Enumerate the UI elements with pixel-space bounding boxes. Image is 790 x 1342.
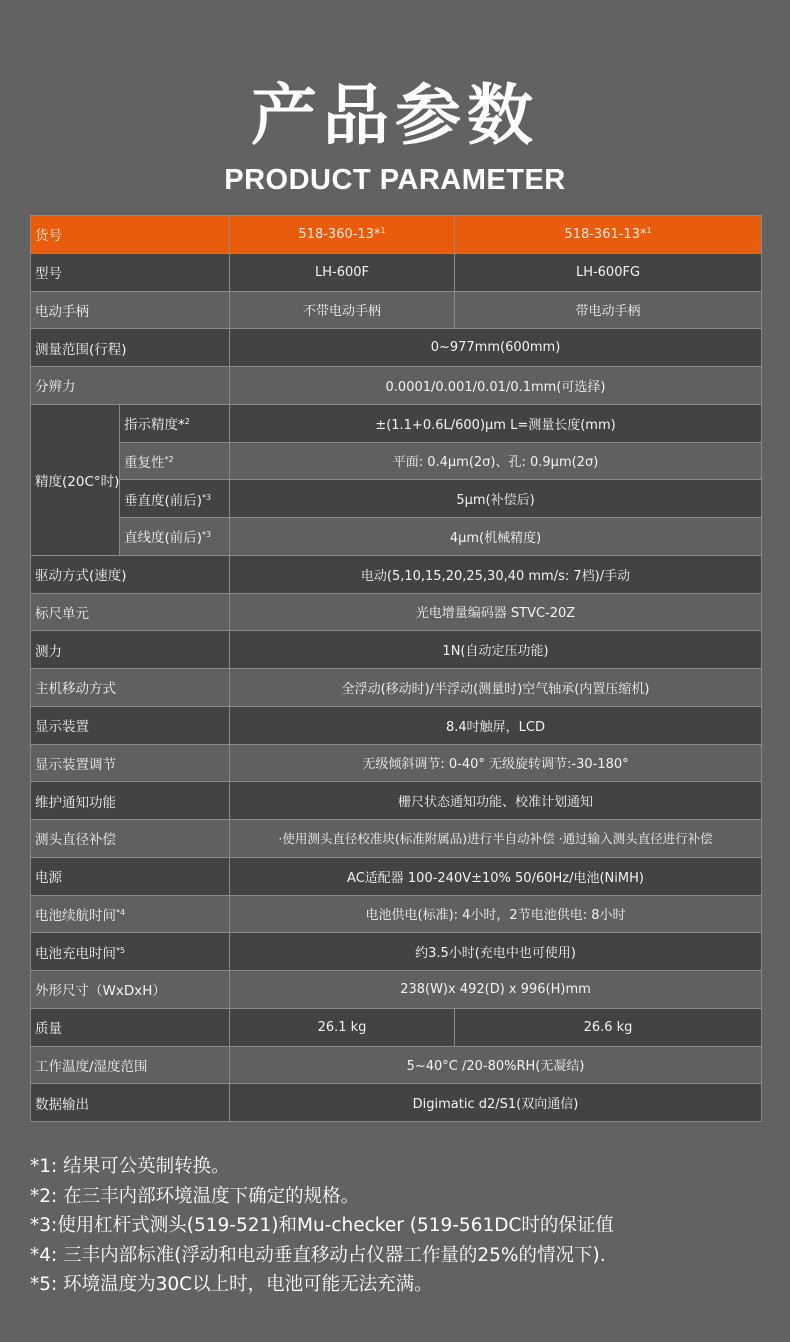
row-label: 测量范围(行程) bbox=[31, 329, 230, 367]
row-label: 电池充电时间*5 bbox=[31, 933, 230, 971]
table-row: 测力 1N(自动定压功能) bbox=[31, 631, 762, 669]
row-value: 电池供电(标准): 4小时，2节电池供电: 8小时 bbox=[230, 895, 762, 933]
table-row: 数据输出 Digimatic d2/S1(双向通信) bbox=[31, 1084, 762, 1122]
table-row: 直线度(前后)*3 4µm(机械精度) bbox=[31, 518, 762, 556]
row-label: 标尺单元 bbox=[31, 593, 230, 631]
table-row: 型号 LH-600F LH-600FG bbox=[31, 253, 762, 291]
table-row: 维护通知功能 栅尺状态通知功能、校准计划通知 bbox=[31, 782, 762, 820]
row-value: 8.4吋触屏，LCD bbox=[230, 706, 762, 744]
row-sublabel: 重复性*2 bbox=[120, 442, 230, 480]
page-title: 产品参数 bbox=[0, 76, 790, 156]
row-label: 驱动方式(速度) bbox=[31, 555, 230, 593]
row-label: 电源 bbox=[31, 857, 230, 895]
row-label: 外形尺寸（WxDxH） bbox=[31, 971, 230, 1009]
row-label: 测力 bbox=[31, 631, 230, 669]
table-row: 外形尺寸（WxDxH） 238(W)x 492(D) x 996(H)mm bbox=[31, 971, 762, 1009]
footnote: *2: 在三丰内部环境温度下确定的规格。 bbox=[30, 1182, 614, 1212]
table-row: 测量范围(行程) 0~977mm(600mm) bbox=[31, 329, 762, 367]
row-label: 电池续航时间*4 bbox=[31, 895, 230, 933]
table-row: 工作温度/湿度范围 5~40°C /20-80%RH(无凝结) bbox=[31, 1046, 762, 1084]
row-value: 0~977mm(600mm) bbox=[230, 329, 762, 367]
table-row: 电池充电时间*5 约3.5小时(充电中也可使用) bbox=[31, 933, 762, 971]
table-row: 垂直度(前后)*3 5µm(补偿后) bbox=[31, 480, 762, 518]
table-header-row: 货号 518-360-13*1 518-361-13*1 bbox=[31, 216, 762, 254]
row-label: 测头直径补偿 bbox=[31, 820, 230, 858]
row-label: 数据输出 bbox=[31, 1084, 230, 1122]
row-label: 维护通知功能 bbox=[31, 782, 230, 820]
table-row: 显示装置调节 无级倾斜调节: 0-40° 无级旋转调节:-30-180° bbox=[31, 744, 762, 782]
footnotes: *1: 结果可公英制转换。 *2: 在三丰内部环境温度下确定的规格。 *3:使用… bbox=[30, 1152, 614, 1300]
row-value: 26.6 kg bbox=[455, 1008, 762, 1046]
row-value: 238(W)x 492(D) x 996(H)mm bbox=[230, 971, 762, 1009]
row-sublabel: 指示精度*2 bbox=[120, 404, 230, 442]
table-row: 主机移动方式 全浮动(移动时)/半浮动(测量时)空气轴承(内置压缩机) bbox=[31, 669, 762, 707]
footnote: *1: 结果可公英制转换。 bbox=[30, 1152, 614, 1182]
table-row: 测头直径补偿 ·使用测头直径校准块(标准附属品)进行半自动补偿 ·通过输入测头直… bbox=[31, 820, 762, 858]
header-label: 货号 bbox=[31, 216, 230, 254]
row-value: LH-600FG bbox=[455, 253, 762, 291]
row-value: 0.0001/0.001/0.01/0.1mm(可选择) bbox=[230, 367, 762, 405]
row-value: 带电动手柄 bbox=[455, 291, 762, 329]
row-value: 4µm(机械精度) bbox=[230, 518, 762, 556]
row-value: 26.1 kg bbox=[230, 1008, 455, 1046]
row-label: 显示装置 bbox=[31, 706, 230, 744]
row-value: 5µm(补偿后) bbox=[230, 480, 762, 518]
row-value: AC适配器 100-240V±10% 50/60Hz/电池(NiMH) bbox=[230, 857, 762, 895]
row-label: 工作温度/湿度范围 bbox=[31, 1046, 230, 1084]
row-value: 栅尺状态通知功能、校准计划通知 bbox=[230, 782, 762, 820]
header-part-number-2: 518-361-13*1 bbox=[455, 216, 762, 254]
row-sublabel: 垂直度(前后)*3 bbox=[120, 480, 230, 518]
row-value: LH-600F bbox=[230, 253, 455, 291]
row-value: 1N(自动定压功能) bbox=[230, 631, 762, 669]
row-value: 电动(5,10,15,20,25,30,40 mm/s: 7档)/手动 bbox=[230, 555, 762, 593]
table-row: 电池续航时间*4 电池供电(标准): 4小时，2节电池供电: 8小时 bbox=[31, 895, 762, 933]
row-label: 电动手柄 bbox=[31, 291, 230, 329]
row-value: 不带电动手柄 bbox=[230, 291, 455, 329]
table-row: 标尺单元 光电增量编码器 STVC-20Z bbox=[31, 593, 762, 631]
header-part-number-1: 518-360-13*1 bbox=[230, 216, 455, 254]
row-value: ±(1.1+0.6L/600)µm L=测量长度(mm) bbox=[230, 404, 762, 442]
footnote: *4: 三丰内部标准(浮动和电动垂直移动占仪器工作量的25%的情况下). bbox=[30, 1241, 614, 1271]
row-label: 质量 bbox=[31, 1008, 230, 1046]
footnote: *3:使用杠杆式测头(519-521)和Mu-checker (519-561D… bbox=[30, 1211, 614, 1241]
table-row: 重复性*2 平面: 0.4µm(2σ)、孔: 0.9µm(2σ) bbox=[31, 442, 762, 480]
spec-table: 货号 518-360-13*1 518-361-13*1 型号 LH-600F … bbox=[30, 215, 762, 1122]
row-value: Digimatic d2/S1(双向通信) bbox=[230, 1084, 762, 1122]
row-label: 主机移动方式 bbox=[31, 669, 230, 707]
table-row: 质量 26.1 kg 26.6 kg bbox=[31, 1008, 762, 1046]
row-value: 光电增量编码器 STVC-20Z bbox=[230, 593, 762, 631]
row-label: 分辨力 bbox=[31, 367, 230, 405]
row-sublabel: 直线度(前后)*3 bbox=[120, 518, 230, 556]
row-label: 显示装置调节 bbox=[31, 744, 230, 782]
table-row: 驱动方式(速度) 电动(5,10,15,20,25,30,40 mm/s: 7档… bbox=[31, 555, 762, 593]
row-value: 约3.5小时(充电中也可使用) bbox=[230, 933, 762, 971]
row-value: 平面: 0.4µm(2σ)、孔: 0.9µm(2σ) bbox=[230, 442, 762, 480]
accuracy-group-label: 精度(20C°时) bbox=[31, 404, 120, 555]
page-subtitle: PRODUCT PARAMETER bbox=[0, 162, 790, 198]
table-row: 电动手柄 不带电动手柄 带电动手柄 bbox=[31, 291, 762, 329]
row-value: 5~40°C /20-80%RH(无凝结) bbox=[230, 1046, 762, 1084]
footnote: *5: 环境温度为30C以上时，电池可能无法充满。 bbox=[30, 1270, 614, 1300]
table-row: 电源 AC适配器 100-240V±10% 50/60Hz/电池(NiMH) bbox=[31, 857, 762, 895]
table-row: 分辨力 0.0001/0.001/0.01/0.1mm(可选择) bbox=[31, 367, 762, 405]
table-row: 显示装置 8.4吋触屏，LCD bbox=[31, 706, 762, 744]
row-value: 无级倾斜调节: 0-40° 无级旋转调节:-30-180° bbox=[230, 744, 762, 782]
row-value: 全浮动(移动时)/半浮动(测量时)空气轴承(内置压缩机) bbox=[230, 669, 762, 707]
table-row: 精度(20C°时) 指示精度*2 ±(1.1+0.6L/600)µm L=测量长… bbox=[31, 404, 762, 442]
row-value: ·使用测头直径校准块(标准附属品)进行半自动补偿 ·通过输入测头直径进行补偿 bbox=[230, 820, 762, 858]
row-label: 型号 bbox=[31, 253, 230, 291]
